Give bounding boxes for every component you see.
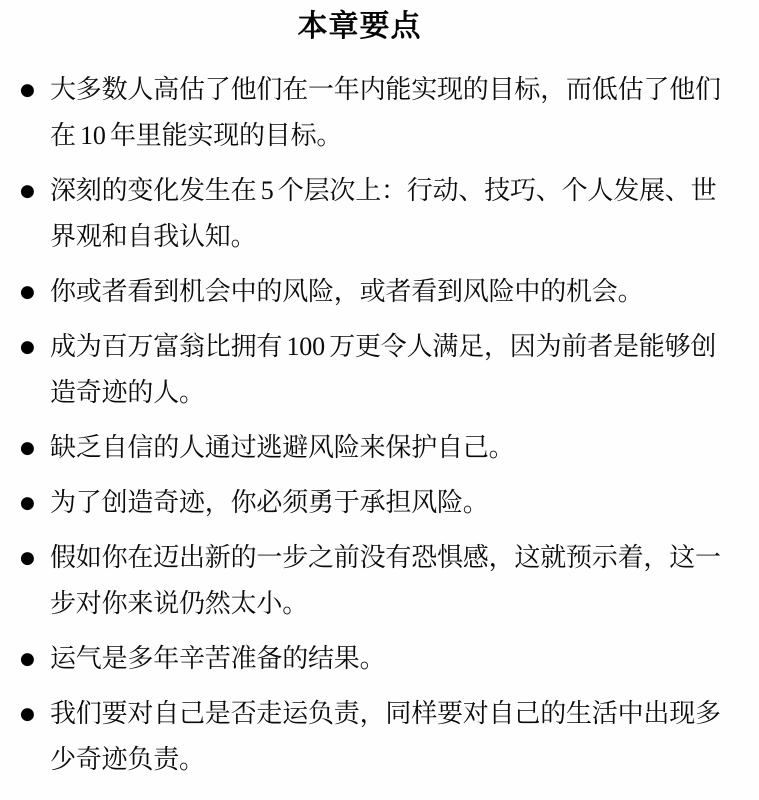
key-point: ● 为了创造奇迹，你必须勇于承担风险。 bbox=[0, 480, 759, 526]
key-point-line: 运气是多年辛苦准备的结果。 bbox=[50, 636, 759, 682]
bullet-icon: ● bbox=[20, 535, 40, 581]
bullet-icon: ● bbox=[20, 691, 40, 737]
key-point-line: 缺乏自信的人通过逃避风险来保护自己。 bbox=[50, 425, 759, 471]
key-point-line: 在 10 年里能实现的目标。 bbox=[50, 113, 759, 159]
key-point: ● 成为百万富翁比拥有 100 万更令人满足，因为前者是能够创 造奇迹的人。 bbox=[0, 324, 759, 416]
book-page: 本章要点 ● 大多数人高估了他们在一年内能实现的目标，而低估了他们 在 10 年… bbox=[0, 0, 759, 800]
key-point-line: 深刻的变化发生在 5 个层次上：行动、技巧、个人发展、世 bbox=[50, 168, 759, 214]
bullet-icon: ● bbox=[20, 636, 40, 682]
key-point-line: 你或者看到机会中的风险，或者看到风险中的机会。 bbox=[50, 269, 759, 315]
key-point: ● 运气是多年辛苦准备的结果。 bbox=[0, 636, 759, 682]
key-point: ● 假如你在迈出新的一步之前没有恐惧感，这就预示着，这一 步对你来说仍然太小。 bbox=[0, 535, 759, 627]
key-point: ● 大多数人高估了他们在一年内能实现的目标，而低估了他们 在 10 年里能实现的… bbox=[0, 67, 759, 159]
bullet-icon: ● bbox=[20, 480, 40, 526]
key-point-line: 少奇迹负责。 bbox=[50, 737, 759, 783]
bullet-icon: ● bbox=[20, 168, 40, 214]
key-point-line: 为了创造奇迹，你必须勇于承担风险。 bbox=[50, 480, 759, 526]
key-point-line: 造奇迹的人。 bbox=[50, 370, 759, 416]
key-point: ● 我们要对自己是否走运负责，同样要对自己的生活中出现多 少奇迹负责。 bbox=[0, 691, 759, 783]
bullet-icon: ● bbox=[20, 425, 40, 471]
key-point-line: 我们要对自己是否走运负责，同样要对自己的生活中出现多 bbox=[50, 691, 759, 737]
bullet-icon: ● bbox=[20, 324, 40, 370]
key-point-line: 大多数人高估了他们在一年内能实现的目标，而低估了他们 bbox=[50, 67, 759, 113]
bullet-icon: ● bbox=[20, 67, 40, 113]
key-points-list: ● 大多数人高估了他们在一年内能实现的目标，而低估了他们 在 10 年里能实现的… bbox=[0, 67, 759, 783]
key-point-line: 步对你来说仍然太小。 bbox=[50, 581, 759, 627]
key-point: ● 你或者看到机会中的风险，或者看到风险中的机会。 bbox=[0, 269, 759, 315]
key-point: ● 缺乏自信的人通过逃避风险来保护自己。 bbox=[0, 425, 759, 471]
page-title: 本章要点 bbox=[0, 10, 739, 44]
key-point-line: 成为百万富翁比拥有 100 万更令人满足，因为前者是能够创 bbox=[50, 324, 759, 370]
bullet-icon: ● bbox=[20, 269, 40, 315]
key-point-line: 界观和自我认知。 bbox=[50, 214, 759, 260]
key-point-line: 假如你在迈出新的一步之前没有恐惧感，这就预示着，这一 bbox=[50, 535, 759, 581]
key-point: ● 深刻的变化发生在 5 个层次上：行动、技巧、个人发展、世 界观和自我认知。 bbox=[0, 168, 759, 260]
